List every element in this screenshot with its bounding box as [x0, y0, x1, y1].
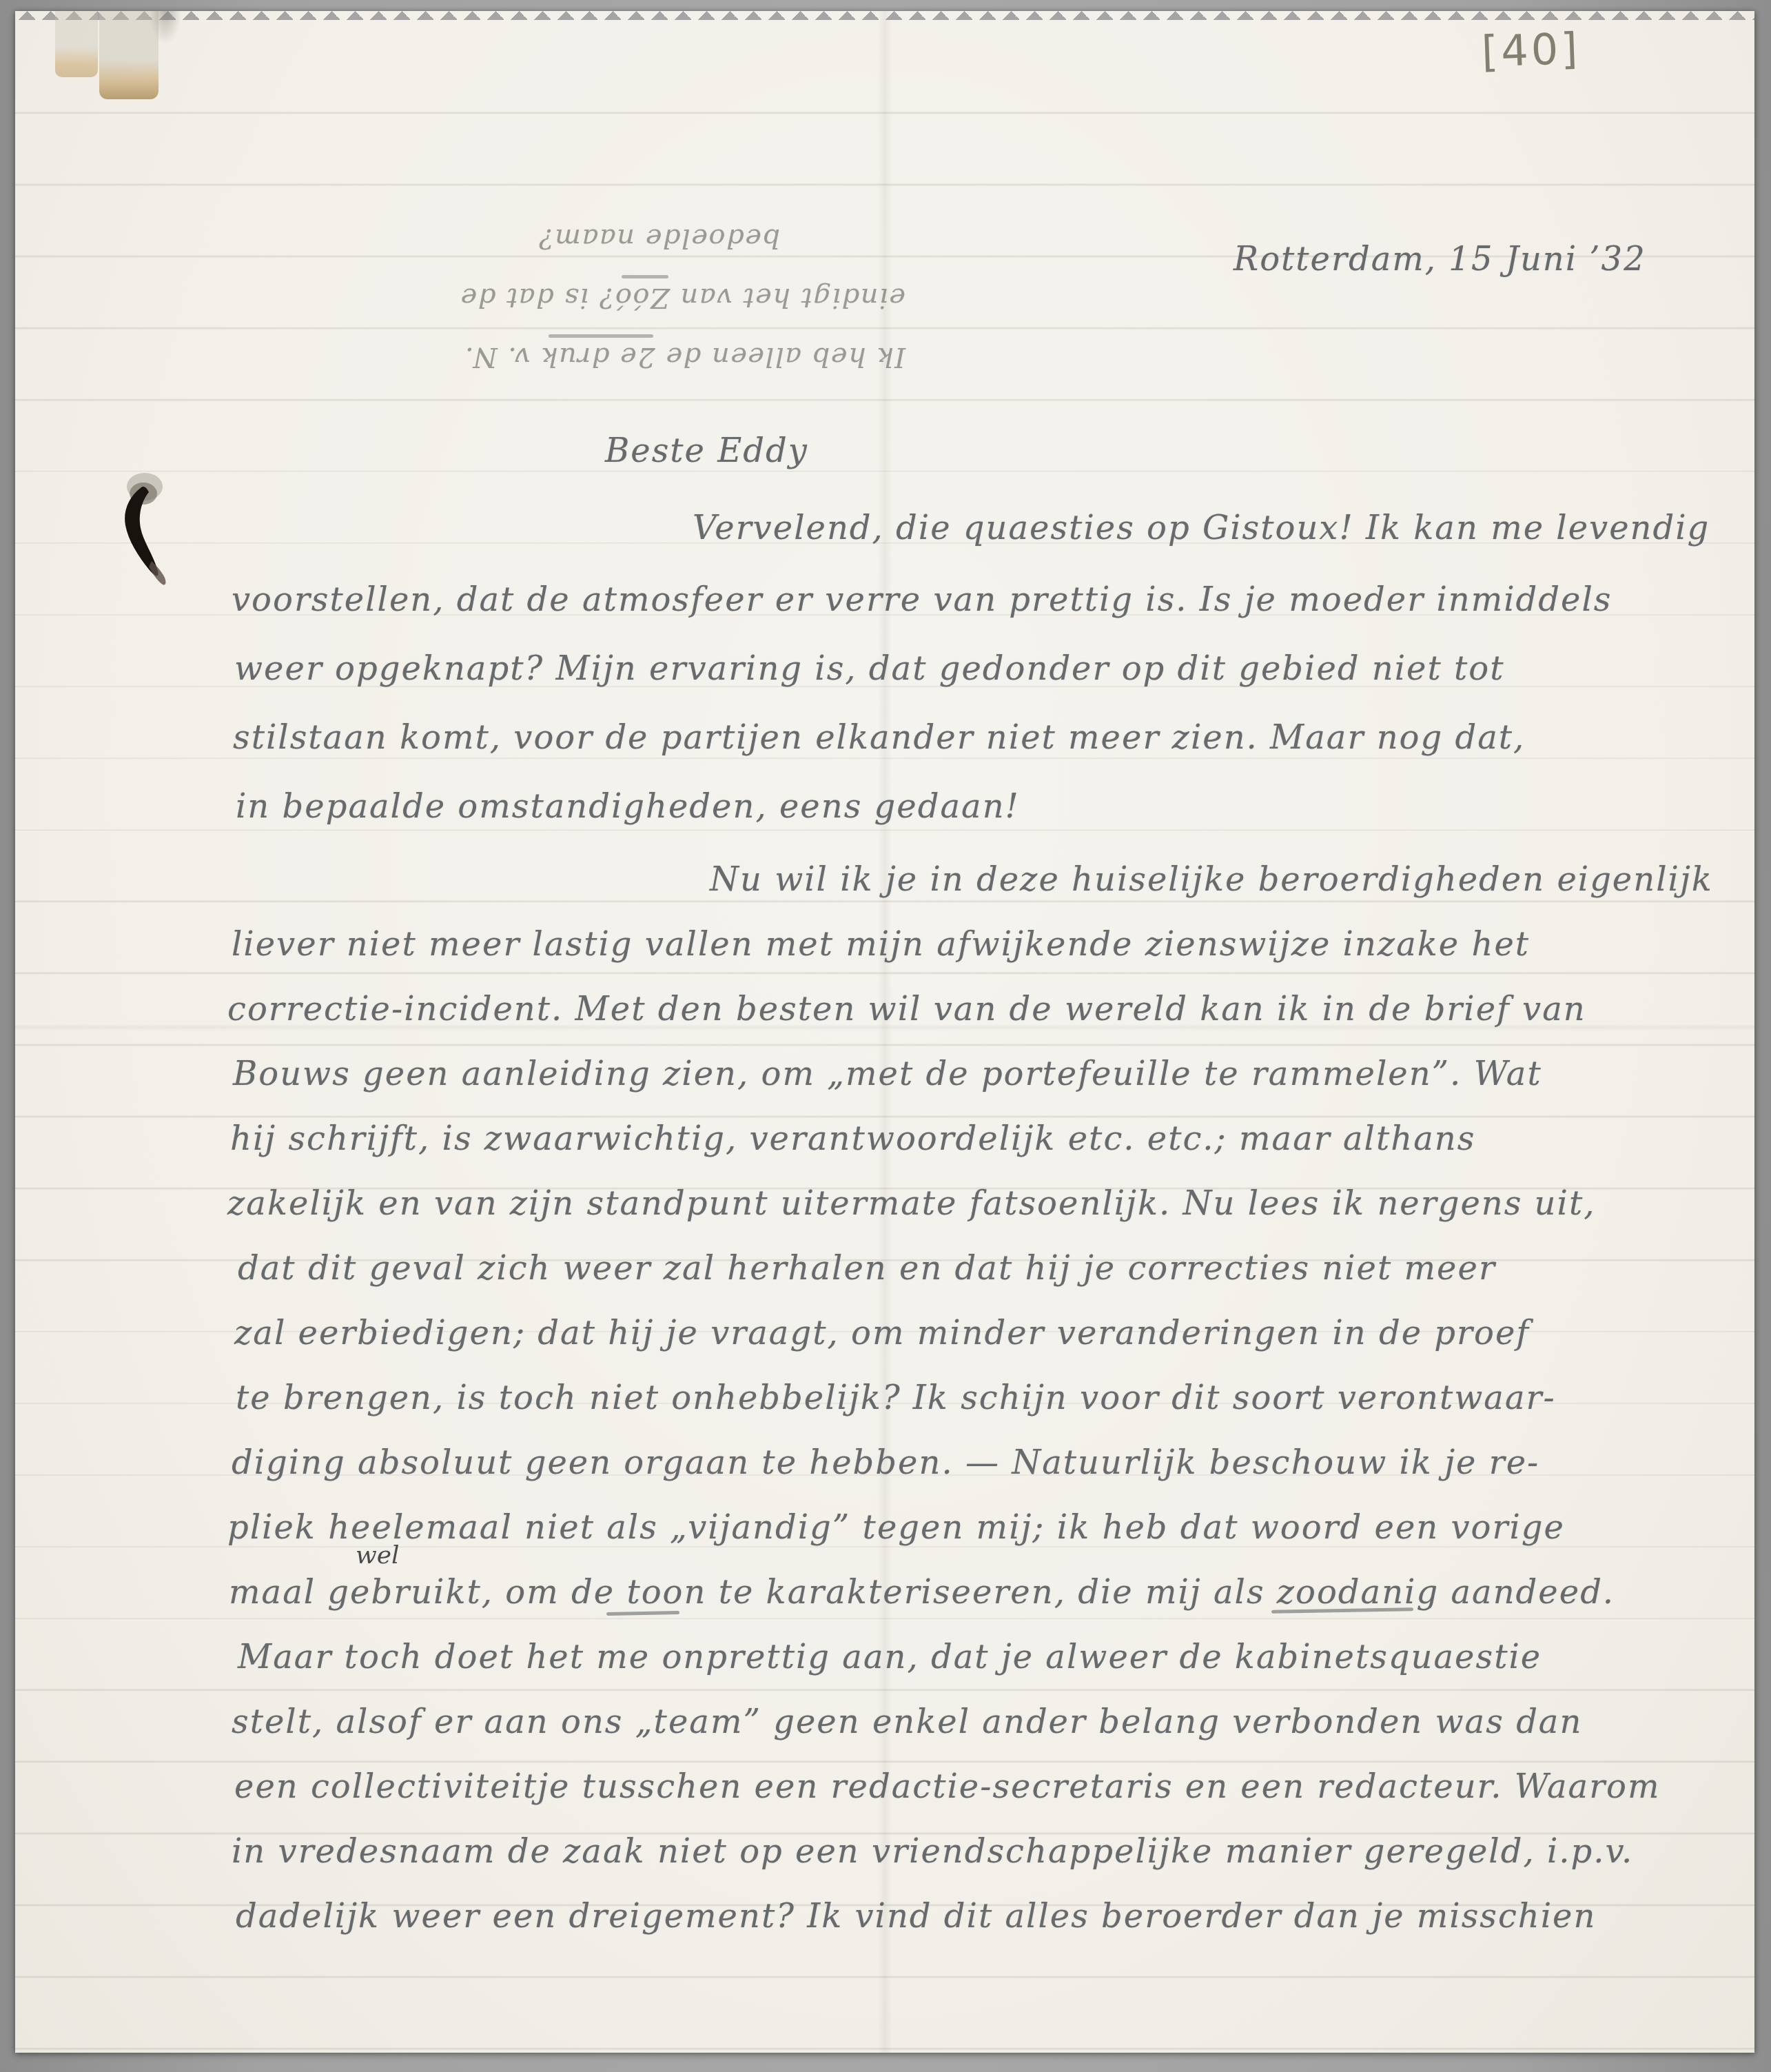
letter-line: dadelijk weer een dreigement? Ik vind di…	[236, 1900, 1596, 1933]
ink-blot	[109, 470, 181, 594]
page-number-annotation: [40]	[1481, 23, 1581, 77]
letter-line: Vervelend, die quaesties op Gistoux! Ik …	[693, 511, 1710, 545]
gray-smudge	[150, 11, 181, 43]
pencil-underline	[622, 275, 668, 278]
letter-line: zakelijk en van zijn standpunt uitermate…	[227, 1187, 1595, 1220]
letter-line: stilstaan komt, voor de partijen elkande…	[233, 721, 1525, 754]
letter-line: hij schrijft, is zwaarwichtig, verantwoo…	[230, 1122, 1475, 1155]
letter-line: diging absoluut geen orgaan te hebben. —…	[232, 1446, 1539, 1479]
tape-stain-left	[55, 11, 98, 77]
letter-line: te brengen, is toch niet onhebbelijk? Ik…	[236, 1381, 1556, 1414]
pencil-note-line: Ik heb alleen de 2e druk v. N.	[464, 343, 905, 371]
deckled-top-edge	[15, 11, 1754, 20]
letter-line: dat dit geval zich weer zal herhalen en …	[238, 1252, 1496, 1285]
letter-line: liever niet meer lastig vallen met mijn …	[232, 928, 1530, 961]
letter-line: in vredesnaam de zaak niet op een vriend…	[232, 1835, 1633, 1868]
letter-line: stelt, alsof er aan ons „team” geen enke…	[232, 1705, 1582, 1738]
inverted-pencil-note: Ik heb alleen de 2e druk v. N. eindigt h…	[296, 199, 905, 375]
dateline: Rotterdam, 15 Juni ’32	[1233, 243, 1646, 276]
pencil-underline	[549, 334, 653, 338]
letter-line: maal gebruikt, om de toon te karakterise…	[229, 1576, 1615, 1609]
pencil-note-line: eindigt het van Zóó? is dat de	[460, 284, 905, 312]
letter-line: Nu wil ik je in deze huiselijke beroerdi…	[710, 863, 1713, 896]
letter-line: Bouws geen aanleiding zien, om „met de p…	[233, 1057, 1542, 1090]
letter-line: zal eerbiedigen; dat hij je vraagt, om m…	[234, 1317, 1530, 1350]
letter-line: weer opgeknapt? Mijn ervaring is, dat ge…	[234, 652, 1505, 685]
photographed-letter-scan: [40] Ik heb alleen de 2e druk v. N. eind…	[0, 0, 1771, 2072]
letter-line: voorstellen, dat de atmosfeer er verre v…	[232, 583, 1612, 616]
letter-line: in bepaalde omstandigheden, eens gedaan!	[236, 790, 1020, 823]
letter-line: pliek heelemaal niet als „vijandig” tege…	[227, 1511, 1565, 1544]
letter-line: Maar toch doet het me onprettig aan, dat…	[238, 1641, 1542, 1674]
letter-line: correctie-incident. Met den besten wil v…	[227, 993, 1586, 1026]
pencil-note-line: bedoelde naam?	[538, 225, 780, 252]
inserted-word: wel	[356, 1541, 400, 1570]
salutation: Beste Eddy	[605, 434, 808, 467]
letter-line: een collectiviteitje tusschen een redact…	[234, 1770, 1660, 1803]
